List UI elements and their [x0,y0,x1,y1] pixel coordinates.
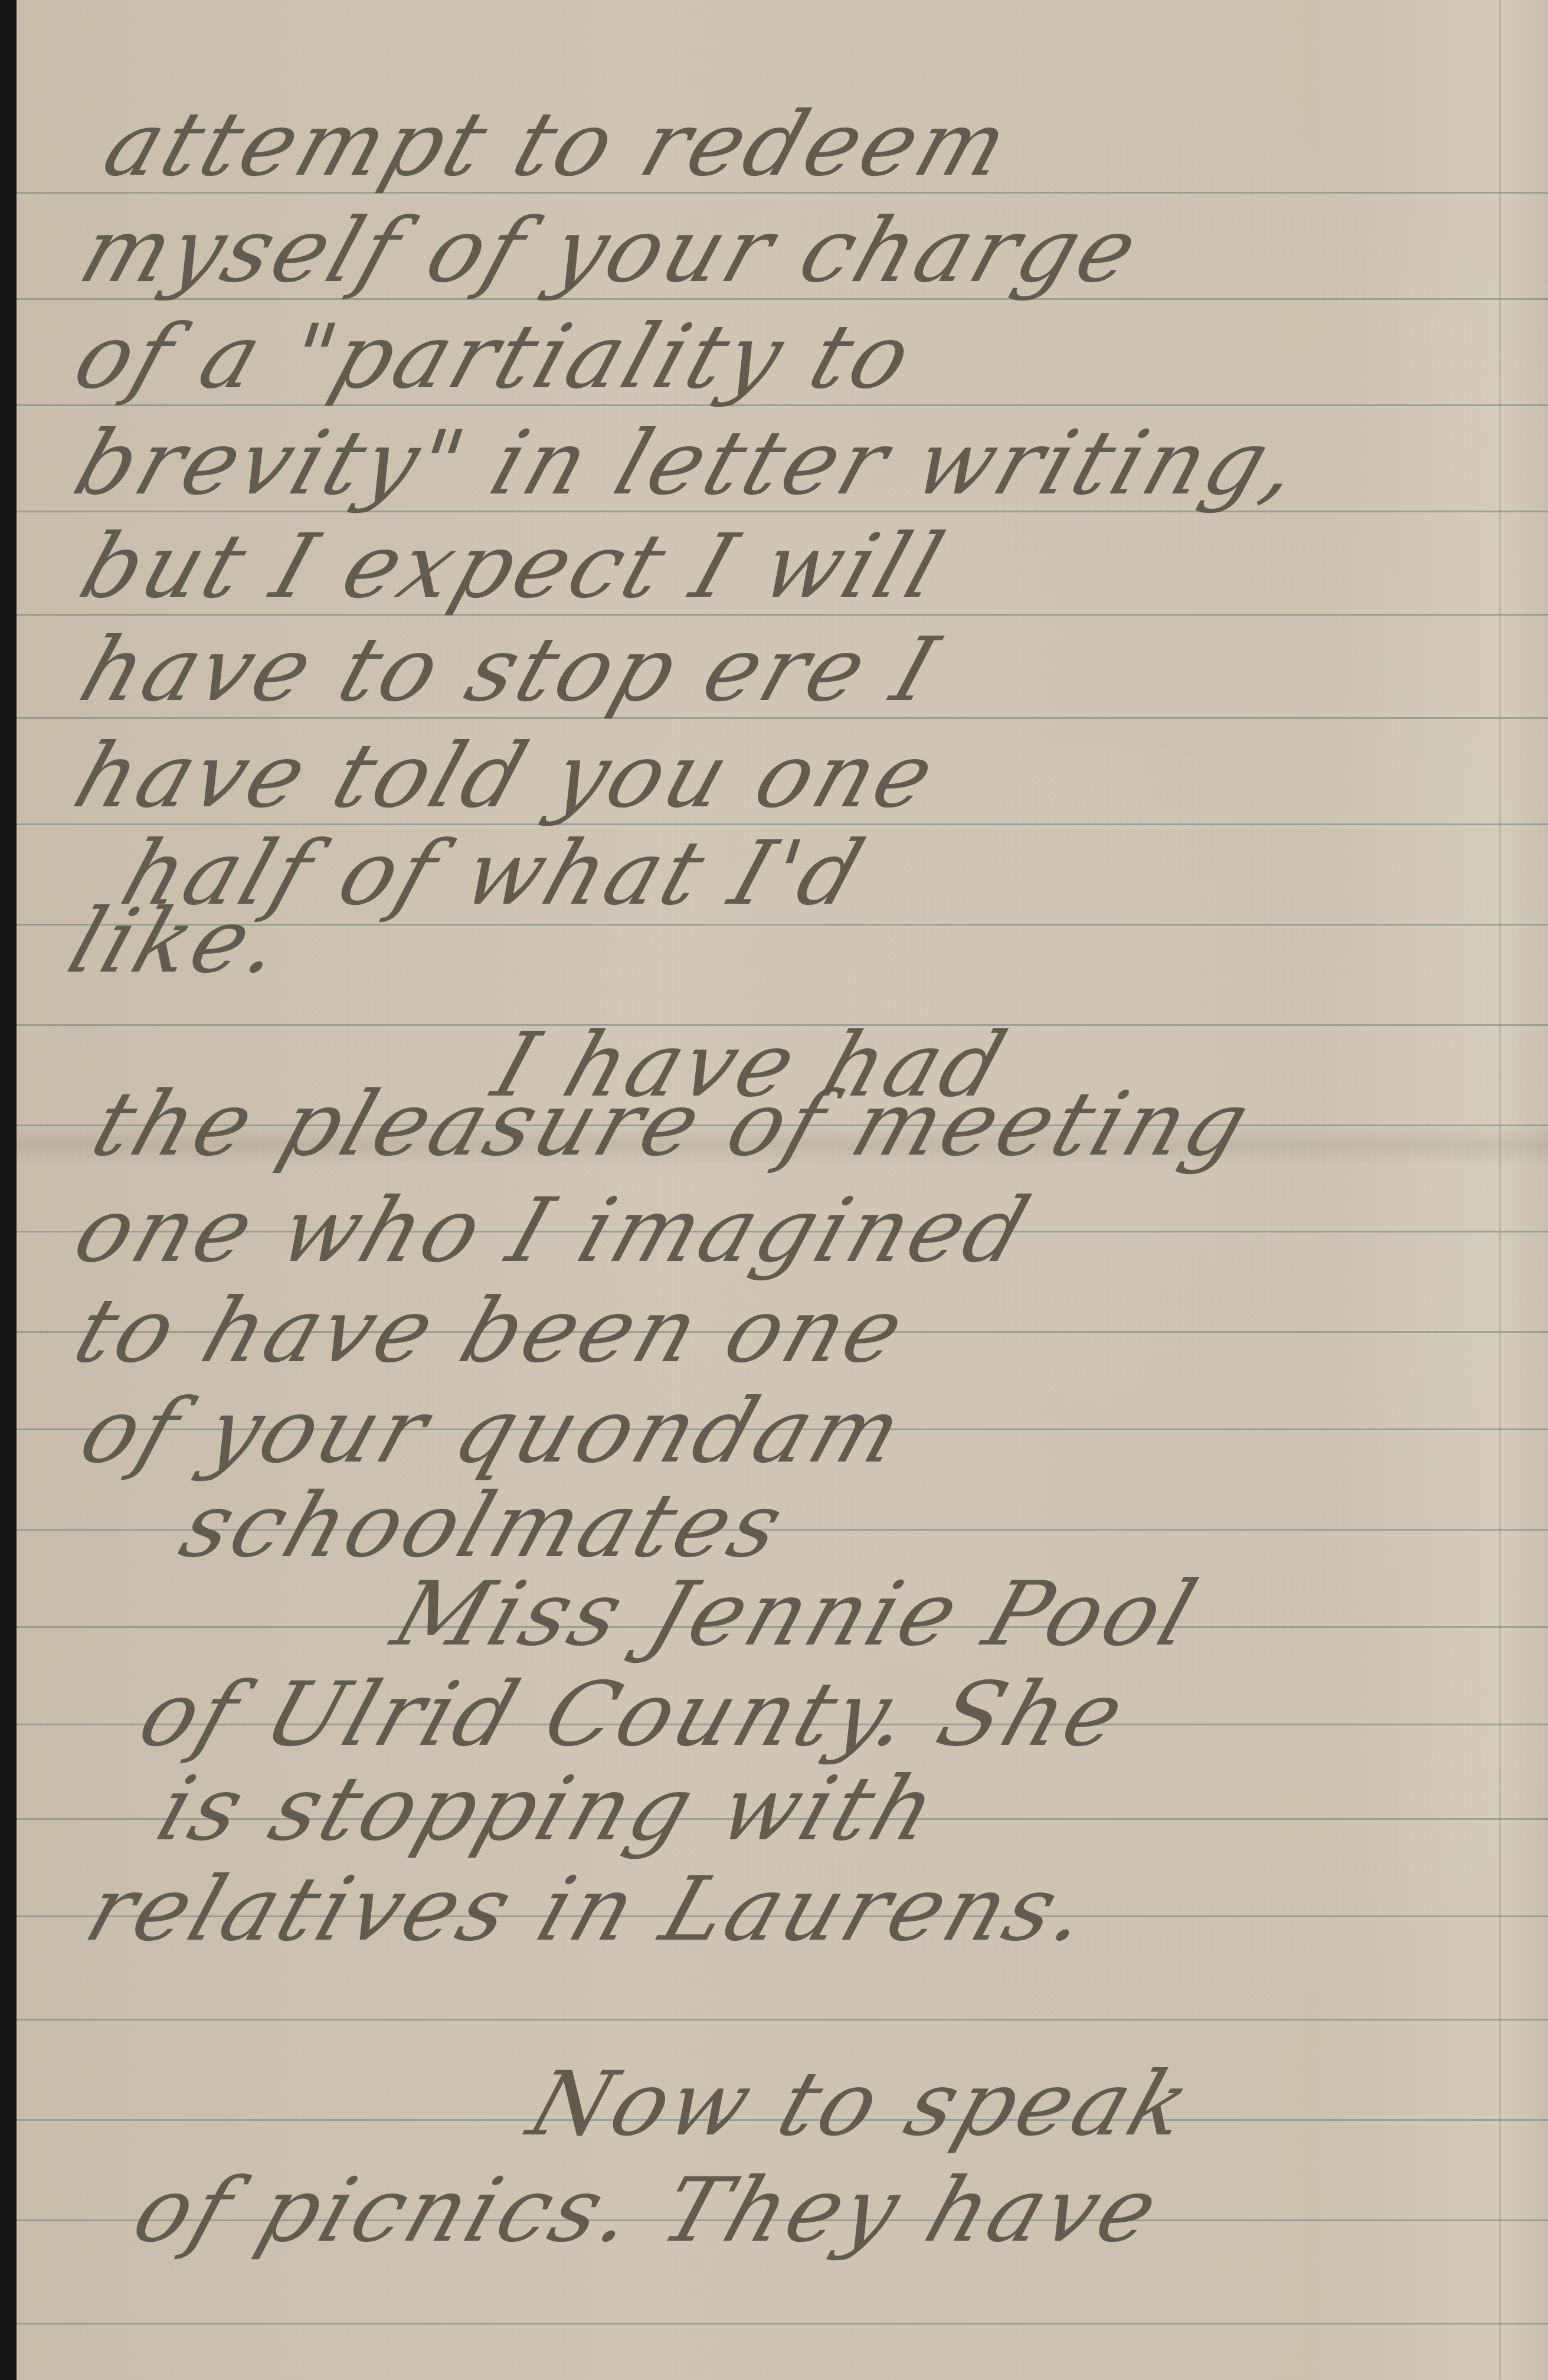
handwritten-line: Now to speak [519,2060,1203,2149]
handwritten-line: the pleasure of meeting [83,1080,1262,1169]
handwritten-line: like. [59,897,296,986]
handwritten-line: have to stop ere I [71,626,950,714]
handwritten-line: of Ulrid County. She [130,1670,1137,1759]
handwritten-line: of picnics. They have [124,2166,1171,2255]
handwritten-line: is stopping with [148,1765,950,1853]
handwritten-line: schoolmates [171,1482,796,1570]
letter-scan: attempt to redeemmyself of your chargeof… [0,0,1548,2380]
handwritten-line: but I expect I will [71,522,956,611]
handwritten-line: of your quondam [71,1387,915,1476]
handwritten-line: relatives in Laurens. [77,1865,1103,1954]
scanner-edge [0,0,17,2380]
handwritten-line: attempt to redeem [94,100,1021,189]
handwritten-line: myself of your charge [71,207,1151,295]
handwritten-line: of a "partiality to [65,313,924,401]
handwritten-line: one who I imagined [65,1186,1042,1275]
ruled-line [17,2019,1548,2021]
letter-paper: attempt to redeemmyself of your chargeof… [17,0,1548,2380]
handwritten-line: brevity" in letter writing, [65,419,1314,508]
handwritten-line: Miss Jennie Pool [384,1570,1209,1659]
margin-line [1499,0,1501,2380]
ruled-line [17,2323,1548,2325]
handwritten-line: to have been one [65,1287,917,1375]
handwritten-line: have told you one [65,732,947,820]
